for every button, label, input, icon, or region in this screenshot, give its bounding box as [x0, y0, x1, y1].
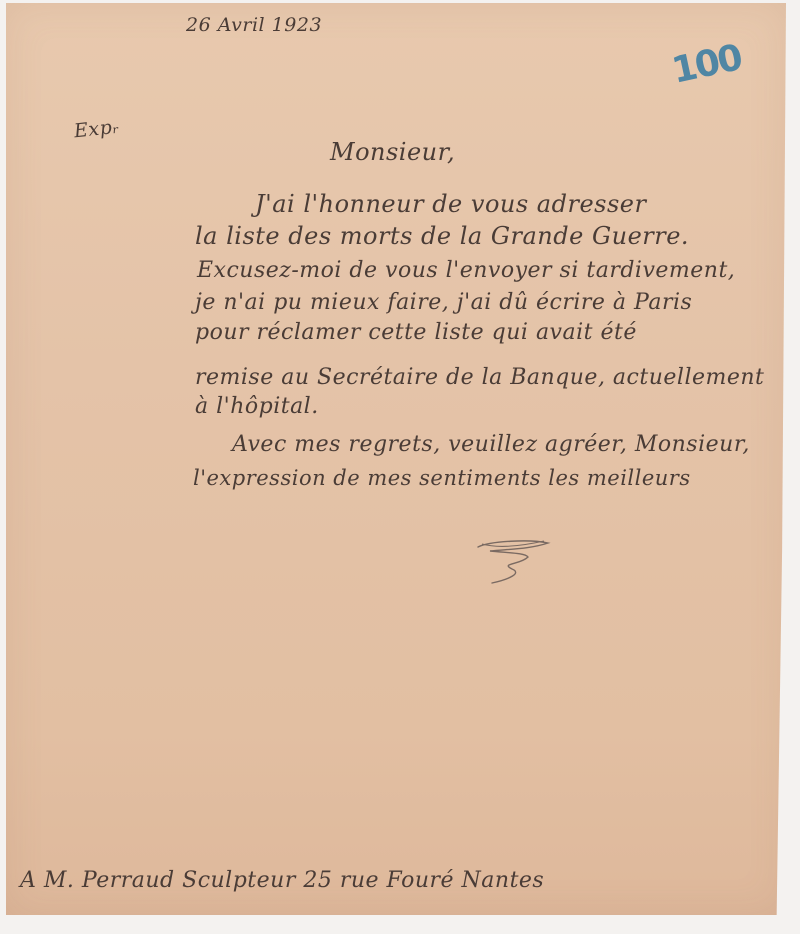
- closing-line-1: Avec mes regrets, veuillez agréer, Monsi…: [232, 432, 750, 457]
- body-line-1: J'ai l'honneur de vous adresser: [255, 190, 646, 218]
- body-line-5: pour réclamer cette liste qui avait été: [195, 320, 637, 345]
- body-line-6: remise au Secrétaire de la Banque, actue…: [195, 365, 764, 390]
- body-line-7: à l'hôpital.: [195, 394, 319, 419]
- body-line-4: je n'ai pu mieux faire, j'ai dû écrire à…: [195, 290, 692, 315]
- salutation: Monsieur,: [330, 138, 455, 166]
- body-line-3: Excusez-moi de vous l'envoyer si tardive…: [197, 258, 735, 283]
- letter-date: 26 Avril 1923: [186, 14, 322, 36]
- closing-line-2: l'expression de mes sentiments les meill…: [193, 466, 691, 490]
- signature-icon: [470, 535, 560, 585]
- recipient-address: A M. Perraud Sculpteur 25 rue Fouré Nant…: [20, 868, 544, 893]
- body-line-2: la liste des morts de la Grande Guerre.: [195, 222, 689, 250]
- margin-note: Expᵣ: [73, 116, 120, 143]
